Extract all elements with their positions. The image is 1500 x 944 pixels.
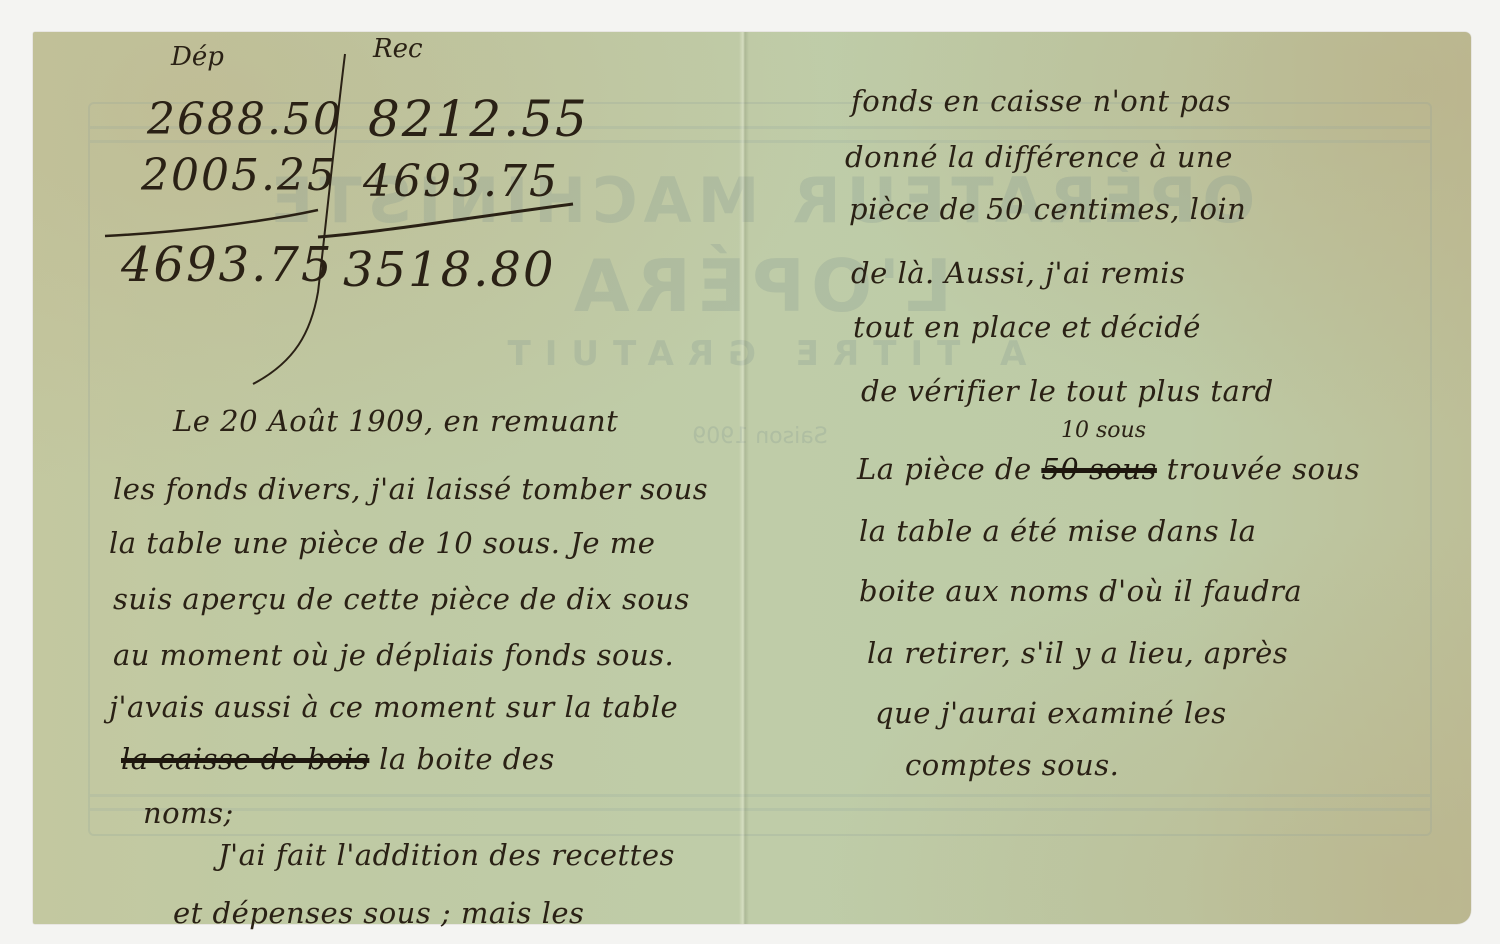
- right-line-6: de vérifier le tout plus tard: [861, 374, 1274, 408]
- right-line-11: que j'aurai examiné les: [875, 696, 1227, 730]
- right-line-5: tout en place et décidé: [853, 310, 1201, 344]
- right-line-12: comptes sous.: [905, 748, 1119, 782]
- left-line-2: les fonds divers, j'ai laissé tomber sou…: [113, 472, 708, 506]
- right-line-7: La pièce de 50 sous trouvée sous: [857, 452, 1360, 486]
- left-line-1: Le 20 Août 1909, en remuant: [173, 404, 618, 438]
- struck-text: la caisse de bois: [121, 742, 369, 776]
- left-line-8: noms;: [143, 796, 234, 830]
- left-line-7: la caisse de bois la boite des: [121, 742, 555, 776]
- right-line-10: la retirer, s'il y a lieu, après: [867, 636, 1288, 670]
- inserted-text: 10 sous: [1061, 418, 1146, 443]
- struck-amount: 50 sous: [1041, 452, 1157, 486]
- left-line-6: j'avais aussi à ce moment sur la table: [109, 690, 678, 724]
- left-line-9: J'ai fait l'addition des recettes: [218, 838, 675, 872]
- right-line-1: fonds en caisse n'ont pas: [851, 84, 1231, 118]
- right-line-4: de là. Aussi, j'ai remis: [851, 256, 1185, 290]
- right-line-9: boite aux noms d'où il faudra: [859, 574, 1302, 608]
- left-line-4: suis aperçu de cette pièce de dix sous: [113, 582, 690, 616]
- right-line-8: la table a été mise dans la: [859, 514, 1256, 548]
- paper-sheet: OPÉRATEUR MACHINISTE L'OPÉRA A TITRE GRA…: [33, 32, 1471, 924]
- left-line-3: la table une pièce de 10 sous. Je me: [109, 526, 655, 560]
- left-line-7-text: la boite des: [379, 742, 555, 776]
- right-line-2: donné la différence à une: [845, 140, 1233, 174]
- right-line-3: pièce de 50 centimes, loin: [849, 192, 1246, 226]
- left-line-5: au moment où je dépliais fonds sous.: [113, 638, 674, 672]
- right-line-7-text: La pièce de: [857, 452, 1032, 486]
- right-line-7-tail: trouvée sous: [1167, 452, 1360, 486]
- left-line-10: et dépenses sous ; mais les: [173, 896, 584, 930]
